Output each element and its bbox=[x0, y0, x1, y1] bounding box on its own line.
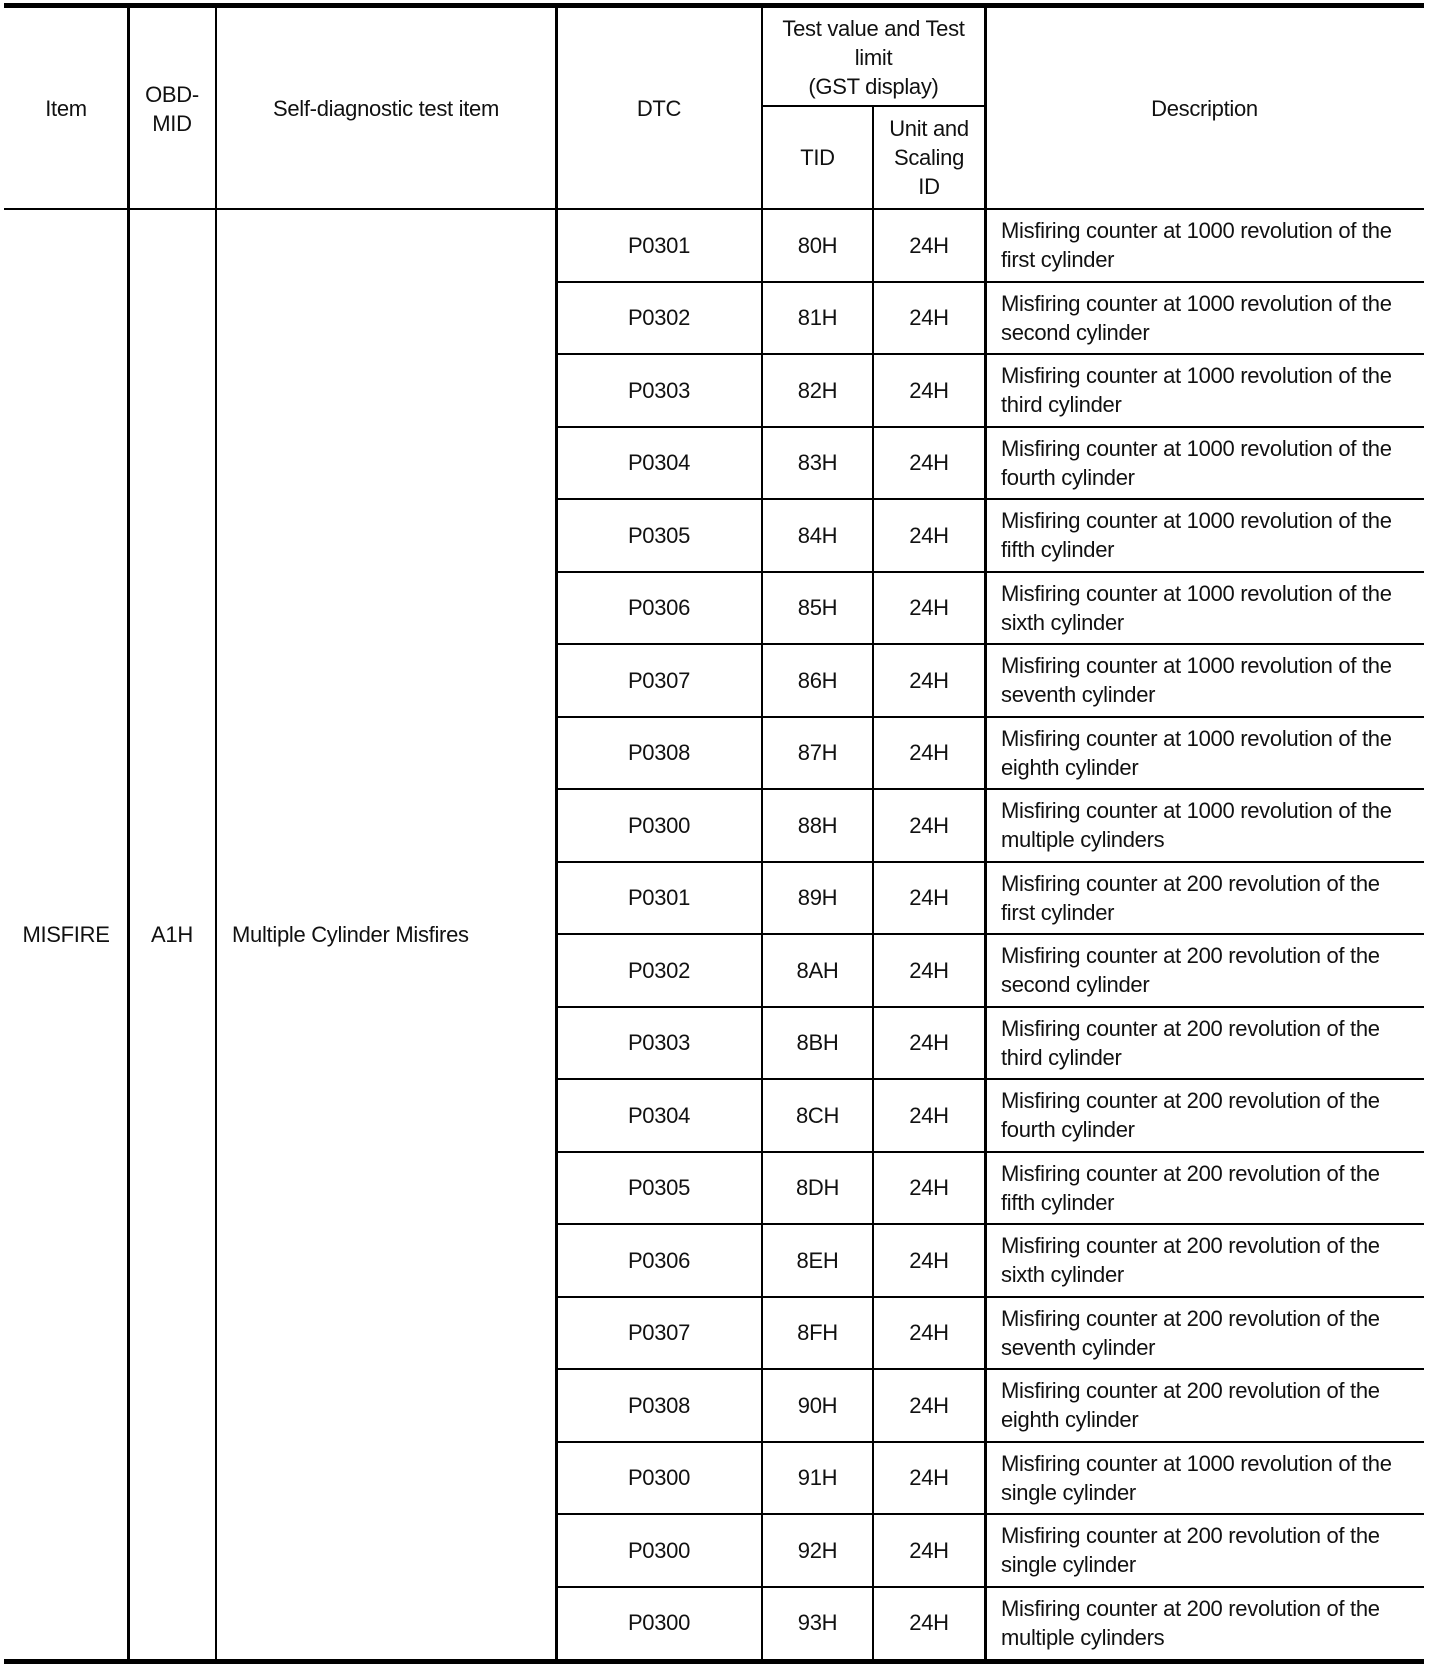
unit-scaling-cell-text: 24H bbox=[909, 666, 948, 695]
description-cell-text: Misfiring counter at 1000 revolution of … bbox=[1001, 651, 1418, 709]
column-divider bbox=[127, 8, 130, 1659]
description-cell: Misfiring counter at 200 revolution of t… bbox=[985, 1224, 1424, 1297]
unit-scaling-cell-text: 24H bbox=[909, 738, 948, 767]
description-cell-text: Misfiring counter at 1000 revolution of … bbox=[1001, 796, 1418, 854]
group-obd-mid: A1H bbox=[128, 209, 216, 1659]
column-divider bbox=[984, 8, 987, 1659]
row-divider bbox=[556, 1006, 1424, 1008]
description-cell-text: Misfiring counter at 1000 revolution of … bbox=[1001, 361, 1418, 419]
row-divider bbox=[556, 1296, 1424, 1298]
group-item: MISFIRE bbox=[4, 209, 128, 1659]
dtc-cell-text: P0304 bbox=[628, 1101, 690, 1130]
header-description-text: Description bbox=[1151, 94, 1258, 123]
dtc-cell-text: P0300 bbox=[628, 1536, 690, 1565]
table-top-rule bbox=[4, 3, 1424, 8]
dtc-cell: P0304 bbox=[556, 1079, 762, 1152]
dtc-cell-text: P0301 bbox=[628, 883, 690, 912]
dtc-cell: P0302 bbox=[556, 934, 762, 1007]
tid-cell-text: 8EH bbox=[797, 1246, 839, 1275]
tid-cell-text: 88H bbox=[798, 811, 837, 840]
unit-scaling-cell-text: 24H bbox=[909, 811, 948, 840]
unit-scaling-cell: 24H bbox=[873, 1152, 985, 1225]
tid-cell-text: 86H bbox=[798, 666, 837, 695]
dtc-cell: P0308 bbox=[556, 1369, 762, 1442]
row-divider bbox=[556, 788, 1424, 790]
unit-scaling-cell: 24H bbox=[873, 1369, 985, 1442]
row-divider bbox=[556, 1223, 1424, 1225]
row-divider bbox=[556, 861, 1424, 863]
dtc-cell: P0300 bbox=[556, 789, 762, 862]
header-item-text: Item bbox=[45, 94, 87, 123]
header-item: Item bbox=[4, 8, 128, 209]
description-cell: Misfiring counter at 1000 revolution of … bbox=[985, 282, 1424, 355]
description-cell: Misfiring counter at 200 revolution of t… bbox=[985, 1514, 1424, 1587]
dtc-cell-text: P0308 bbox=[628, 738, 690, 767]
tid-cell: 8AH bbox=[762, 934, 873, 1007]
tid-cell-text: 8FH bbox=[797, 1318, 838, 1347]
dtc-cell: P0302 bbox=[556, 282, 762, 355]
description-cell-text: Misfiring counter at 1000 revolution of … bbox=[1001, 724, 1418, 782]
group-self-diagnostic-test-item: Multiple Cylinder Misfires bbox=[216, 209, 556, 1659]
unit-scaling-cell-text: 24H bbox=[909, 1536, 948, 1565]
unit-scaling-cell-text: 24H bbox=[909, 1608, 948, 1637]
unit-scaling-cell-text: 24H bbox=[909, 883, 948, 912]
column-divider bbox=[215, 8, 217, 1659]
tid-cell: 84H bbox=[762, 499, 873, 572]
description-cell-text: Misfiring counter at 1000 revolution of … bbox=[1001, 506, 1418, 564]
dtc-cell: P0303 bbox=[556, 354, 762, 427]
unit-scaling-cell-text: 24H bbox=[909, 1391, 948, 1420]
tid-cell-text: 82H bbox=[798, 376, 837, 405]
unit-scaling-cell: 24H bbox=[873, 499, 985, 572]
unit-scaling-cell: 24H bbox=[873, 1587, 985, 1660]
unit-scaling-cell: 24H bbox=[873, 862, 985, 935]
dtc-cell: P0300 bbox=[556, 1587, 762, 1660]
tid-cell-text: 8BH bbox=[797, 1028, 839, 1057]
unit-scaling-cell: 24H bbox=[873, 572, 985, 645]
column-divider bbox=[555, 8, 558, 1659]
description-cell: Misfiring counter at 1000 revolution of … bbox=[985, 572, 1424, 645]
description-cell-text: Misfiring counter at 200 revolution of t… bbox=[1001, 1594, 1418, 1652]
unit-scaling-cell-text: 24H bbox=[909, 1318, 948, 1347]
row-divider bbox=[556, 933, 1424, 935]
unit-scaling-cell-text: 24H bbox=[909, 303, 948, 332]
row-divider bbox=[556, 1078, 1424, 1080]
unit-scaling-cell-text: 24H bbox=[909, 1101, 948, 1130]
row-divider bbox=[556, 1368, 1424, 1370]
table-bottom-rule bbox=[4, 1659, 1424, 1664]
description-cell-text: Misfiring counter at 1000 revolution of … bbox=[1001, 579, 1418, 637]
unit-scaling-cell-text: 24H bbox=[909, 956, 948, 985]
dtc-cell: P0307 bbox=[556, 1297, 762, 1370]
unit-scaling-cell: 24H bbox=[873, 1514, 985, 1587]
dtc-cell: P0301 bbox=[556, 209, 762, 282]
header-bottom-rule bbox=[4, 208, 1424, 210]
row-divider bbox=[556, 426, 1424, 428]
description-cell: Misfiring counter at 200 revolution of t… bbox=[985, 1079, 1424, 1152]
unit-scaling-cell-text: 24H bbox=[909, 1173, 948, 1202]
description-cell: Misfiring counter at 200 revolution of t… bbox=[985, 1587, 1424, 1660]
description-cell: Misfiring counter at 200 revolution of t… bbox=[985, 1152, 1424, 1225]
dtc-cell-text: P0302 bbox=[628, 956, 690, 985]
unit-scaling-cell-text: 24H bbox=[909, 376, 948, 405]
header-dtc-text: DTC bbox=[637, 94, 681, 123]
tid-cell: 91H bbox=[762, 1442, 873, 1515]
unit-scaling-cell-text: 24H bbox=[909, 593, 948, 622]
tid-cell: 89H bbox=[762, 862, 873, 935]
description-cell: Misfiring counter at 1000 revolution of … bbox=[985, 789, 1424, 862]
tid-cell-text: 85H bbox=[798, 593, 837, 622]
header-self-diagnostic-test-item-text: Self-diagnostic test item bbox=[273, 94, 499, 123]
dtc-cell-text: P0305 bbox=[628, 1173, 690, 1202]
dtc-cell-text: P0301 bbox=[628, 231, 690, 260]
dtc-cell-text: P0308 bbox=[628, 1391, 690, 1420]
tid-cell-text: 80H bbox=[798, 231, 837, 260]
unit-scaling-cell-text: 24H bbox=[909, 521, 948, 550]
unit-scaling-cell: 24H bbox=[873, 1007, 985, 1080]
description-cell-text: Misfiring counter at 1000 revolution of … bbox=[1001, 216, 1418, 274]
dtc-cell-text: P0300 bbox=[628, 811, 690, 840]
dtc-cell: P0306 bbox=[556, 1224, 762, 1297]
column-divider bbox=[872, 106, 874, 1659]
description-cell-text: Misfiring counter at 1000 revolution of … bbox=[1001, 434, 1418, 492]
dtc-cell-text: P0300 bbox=[628, 1463, 690, 1492]
row-divider bbox=[556, 1151, 1424, 1153]
unit-scaling-cell: 24H bbox=[873, 427, 985, 500]
description-cell: Misfiring counter at 1000 revolution of … bbox=[985, 644, 1424, 717]
description-cell: Misfiring counter at 1000 revolution of … bbox=[985, 717, 1424, 790]
tid-cell-text: 91H bbox=[798, 1463, 837, 1492]
tid-cell-text: 90H bbox=[798, 1391, 837, 1420]
unit-scaling-cell-text: 24H bbox=[909, 1463, 948, 1492]
unit-scaling-cell: 24H bbox=[873, 789, 985, 862]
dtc-cell-text: P0303 bbox=[628, 1028, 690, 1057]
row-divider bbox=[556, 716, 1424, 718]
description-cell-text: Misfiring counter at 200 revolution of t… bbox=[1001, 1014, 1418, 1072]
header-description: Description bbox=[985, 8, 1424, 209]
dtc-cell: P0308 bbox=[556, 717, 762, 790]
unit-scaling-cell: 24H bbox=[873, 1079, 985, 1152]
dtc-cell: P0307 bbox=[556, 644, 762, 717]
description-cell: Misfiring counter at 1000 revolution of … bbox=[985, 354, 1424, 427]
description-cell: Misfiring counter at 1000 revolution of … bbox=[985, 1442, 1424, 1515]
row-divider bbox=[556, 498, 1424, 500]
row-divider bbox=[556, 1441, 1424, 1443]
tid-cell: 8DH bbox=[762, 1152, 873, 1225]
description-cell: Misfiring counter at 200 revolution of t… bbox=[985, 862, 1424, 935]
unit-scaling-cell: 24H bbox=[873, 282, 985, 355]
unit-scaling-cell-text: 24H bbox=[909, 1246, 948, 1275]
unit-scaling-cell-text: 24H bbox=[909, 1028, 948, 1057]
description-cell-text: Misfiring counter at 1000 revolution of … bbox=[1001, 1449, 1418, 1507]
header-dtc: DTC bbox=[556, 8, 762, 209]
tid-cell-text: 83H bbox=[798, 448, 837, 477]
tid-cell-text: 8AH bbox=[797, 956, 839, 985]
header-self-diagnostic-test-item: Self-diagnostic test item bbox=[216, 8, 556, 209]
header-tid-text: TID bbox=[800, 143, 835, 172]
dtc-cell: P0304 bbox=[556, 427, 762, 500]
tid-cell: 92H bbox=[762, 1514, 873, 1587]
description-cell: Misfiring counter at 200 revolution of t… bbox=[985, 1369, 1424, 1442]
dtc-cell-text: P0307 bbox=[628, 666, 690, 695]
description-cell-text: Misfiring counter at 200 revolution of t… bbox=[1001, 1521, 1418, 1579]
dtc-cell: P0305 bbox=[556, 499, 762, 572]
group-obd-mid-text: A1H bbox=[151, 920, 193, 949]
dtc-cell-text: P0304 bbox=[628, 448, 690, 477]
dtc-cell: P0305 bbox=[556, 1152, 762, 1225]
obd-mid-misfire-table: ItemOBD- MIDSelf-diagnostic test itemDTC… bbox=[4, 0, 1424, 1664]
tid-cell-text: 8CH bbox=[796, 1101, 839, 1130]
dtc-cell: P0301 bbox=[556, 862, 762, 935]
unit-scaling-cell: 24H bbox=[873, 1442, 985, 1515]
description-cell-text: Misfiring counter at 200 revolution of t… bbox=[1001, 1159, 1418, 1217]
dtc-cell-text: P0303 bbox=[628, 376, 690, 405]
dtc-cell-text: P0306 bbox=[628, 1246, 690, 1275]
dtc-cell: P0306 bbox=[556, 572, 762, 645]
group-self-diagnostic-test-item-text: Multiple Cylinder Misfires bbox=[232, 920, 469, 949]
tid-cell: 8BH bbox=[762, 1007, 873, 1080]
header-unit-and-scaling-id-text: Unit and Scaling ID bbox=[889, 114, 969, 201]
unit-scaling-cell: 24H bbox=[873, 934, 985, 1007]
unit-scaling-cell-text: 24H bbox=[909, 231, 948, 260]
tid-cell: 85H bbox=[762, 572, 873, 645]
tid-cell: 8FH bbox=[762, 1297, 873, 1370]
tid-cell: 80H bbox=[762, 209, 873, 282]
description-cell-text: Misfiring counter at 200 revolution of t… bbox=[1001, 1086, 1418, 1144]
unit-scaling-cell: 24H bbox=[873, 1224, 985, 1297]
description-cell-text: Misfiring counter at 200 revolution of t… bbox=[1001, 1376, 1418, 1434]
unit-scaling-cell: 24H bbox=[873, 717, 985, 790]
tid-cell: 88H bbox=[762, 789, 873, 862]
group-item-text: MISFIRE bbox=[22, 920, 109, 949]
row-divider bbox=[556, 353, 1424, 355]
dtc-cell-text: P0306 bbox=[628, 593, 690, 622]
tid-cell-text: 92H bbox=[798, 1536, 837, 1565]
tid-cell-text: 89H bbox=[798, 883, 837, 912]
description-cell-text: Misfiring counter at 200 revolution of t… bbox=[1001, 941, 1418, 999]
dtc-cell-text: P0300 bbox=[628, 1608, 690, 1637]
unit-scaling-cell: 24H bbox=[873, 209, 985, 282]
tid-cell: 93H bbox=[762, 1587, 873, 1660]
description-cell: Misfiring counter at 200 revolution of t… bbox=[985, 1297, 1424, 1370]
dtc-cell: P0303 bbox=[556, 1007, 762, 1080]
unit-scaling-cell: 24H bbox=[873, 644, 985, 717]
tid-cell-text: 87H bbox=[798, 738, 837, 767]
header-tid: TID bbox=[762, 106, 873, 209]
tid-cell-text: 84H bbox=[798, 521, 837, 550]
row-divider bbox=[556, 643, 1424, 645]
tid-cell: 87H bbox=[762, 717, 873, 790]
tid-cell: 86H bbox=[762, 644, 873, 717]
dtc-cell: P0300 bbox=[556, 1442, 762, 1515]
dtc-cell-text: P0302 bbox=[628, 303, 690, 332]
tid-cell: 8EH bbox=[762, 1224, 873, 1297]
dtc-cell-text: P0305 bbox=[628, 521, 690, 550]
description-cell: Misfiring counter at 1000 revolution of … bbox=[985, 427, 1424, 500]
column-divider bbox=[761, 8, 763, 1659]
description-cell-text: Misfiring counter at 200 revolution of t… bbox=[1001, 1231, 1418, 1289]
tid-cell: 83H bbox=[762, 427, 873, 500]
dtc-cell-text: P0307 bbox=[628, 1318, 690, 1347]
header-unit-and-scaling-id: Unit and Scaling ID bbox=[873, 106, 985, 209]
description-cell: Misfiring counter at 200 revolution of t… bbox=[985, 934, 1424, 1007]
description-cell: Misfiring counter at 1000 revolution of … bbox=[985, 499, 1424, 572]
tid-cell: 82H bbox=[762, 354, 873, 427]
header-obd-mid: OBD- MID bbox=[128, 8, 216, 209]
tid-cell-text: 81H bbox=[798, 303, 837, 332]
tid-cell-text: 93H bbox=[798, 1608, 837, 1637]
description-cell-text: Misfiring counter at 200 revolution of t… bbox=[1001, 869, 1418, 927]
tid-cell: 90H bbox=[762, 1369, 873, 1442]
description-cell-text: Misfiring counter at 200 revolution of t… bbox=[1001, 1304, 1418, 1362]
row-divider bbox=[556, 281, 1424, 283]
tid-cell: 8CH bbox=[762, 1079, 873, 1152]
unit-scaling-cell: 24H bbox=[873, 354, 985, 427]
description-cell: Misfiring counter at 200 revolution of t… bbox=[985, 1007, 1424, 1080]
row-divider bbox=[556, 571, 1424, 573]
header-test-value-and-limit-text: Test value and Test limit (GST display) bbox=[782, 14, 964, 101]
description-cell: Misfiring counter at 1000 revolution of … bbox=[985, 209, 1424, 282]
header-obd-mid-text: OBD- MID bbox=[145, 80, 199, 138]
unit-scaling-cell-text: 24H bbox=[909, 448, 948, 477]
description-cell-text: Misfiring counter at 1000 revolution of … bbox=[1001, 289, 1418, 347]
row-divider bbox=[556, 1586, 1424, 1588]
unit-scaling-cell: 24H bbox=[873, 1297, 985, 1370]
tid-cell: 81H bbox=[762, 282, 873, 355]
header-test-value-and-limit: Test value and Test limit (GST display) bbox=[762, 8, 985, 106]
tid-cell-text: 8DH bbox=[796, 1173, 839, 1202]
dtc-cell: P0300 bbox=[556, 1514, 762, 1587]
row-divider bbox=[556, 1513, 1424, 1515]
